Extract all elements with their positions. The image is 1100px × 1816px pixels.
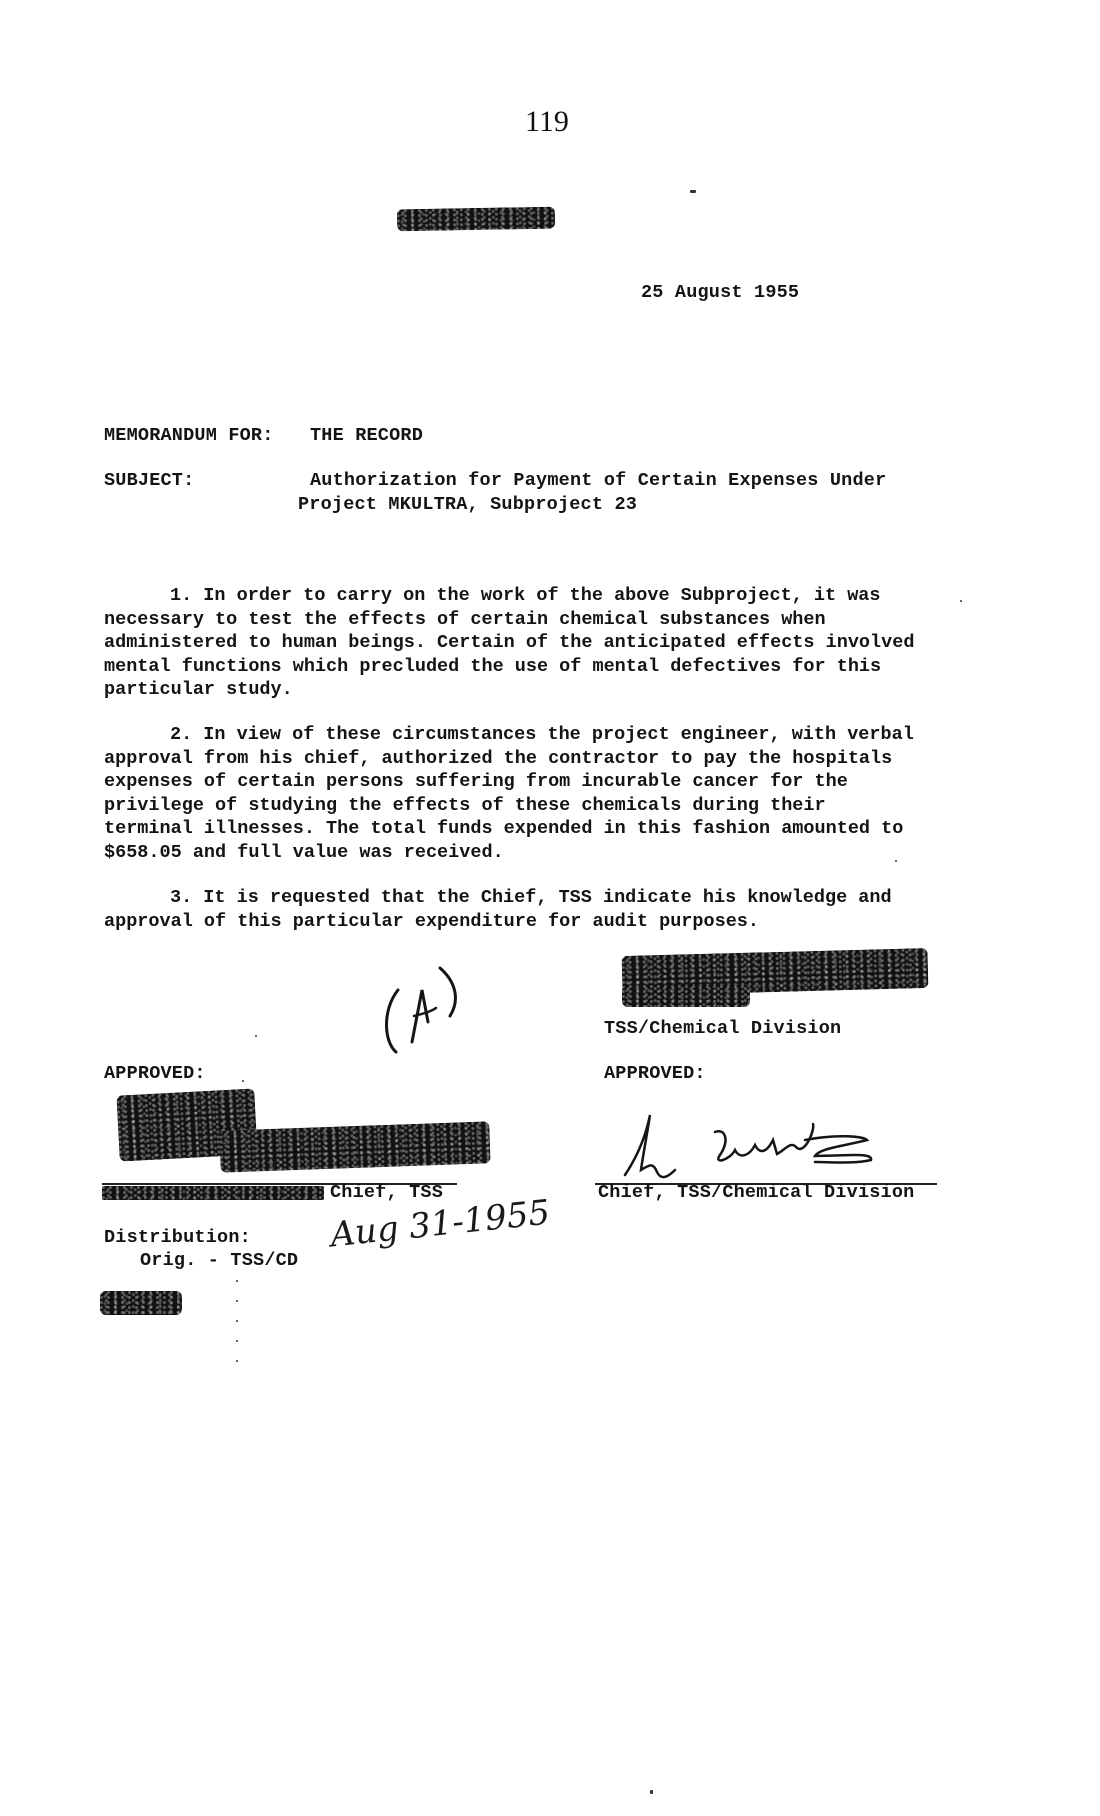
right-title: Chief, TSS/Chemical Division [598, 1182, 914, 1203]
paragraph-3: 3. It is requested that the Chief, TSS i… [104, 886, 924, 933]
left-approved-label: APPROVED: [104, 1063, 206, 1084]
left-title: Chief, TSS [330, 1182, 443, 1203]
redacted-distribution [100, 1291, 182, 1315]
memo-date: 25 August 1955 [641, 282, 799, 303]
originator-title: TSS/Chemical Division [604, 1018, 841, 1039]
scan-speck [960, 600, 962, 602]
scan-speck [236, 1300, 238, 1302]
subject-line-2: Project MKULTRA, Subproject 23 [298, 494, 637, 515]
scan-speck [236, 1320, 238, 1322]
redacted-classification [397, 207, 555, 232]
right-approved-label: APPROVED: [604, 1063, 706, 1084]
scan-speck [650, 1790, 653, 1794]
scan-speck [690, 190, 696, 193]
memorandum-for-value: THE RECORD [310, 425, 423, 446]
page-number: 119 [525, 105, 569, 139]
subject-line-1: Authorization for Payment of Certain Exp… [310, 470, 886, 491]
paragraph-1: 1. In order to carry on the work of the … [104, 584, 924, 702]
redacted-left-name [102, 1186, 324, 1200]
redacted-originator-name [622, 985, 750, 1007]
circled-a-mark-icon [370, 960, 480, 1070]
scan-speck [895, 860, 897, 862]
scan-speck [236, 1280, 238, 1282]
subject-label: SUBJECT: [104, 470, 194, 491]
redacted-left-signature-2 [219, 1121, 490, 1172]
memorandum-for-label: MEMORANDUM FOR: [104, 425, 274, 446]
handwritten-signature-icon [605, 1110, 925, 1190]
scan-speck [236, 1340, 238, 1342]
distribution-label: Distribution: [104, 1227, 251, 1248]
scan-speck [255, 1035, 257, 1037]
scan-speck [242, 1080, 244, 1082]
paragraph-2: 2. In view of these circumstances the pr… [104, 723, 924, 864]
memo-page: 119 25 August 1955 MEMORANDUM FOR: THE R… [0, 0, 1100, 1816]
scan-speck [236, 1360, 238, 1362]
distribution-entry: Orig. - TSS/CD [140, 1250, 298, 1271]
